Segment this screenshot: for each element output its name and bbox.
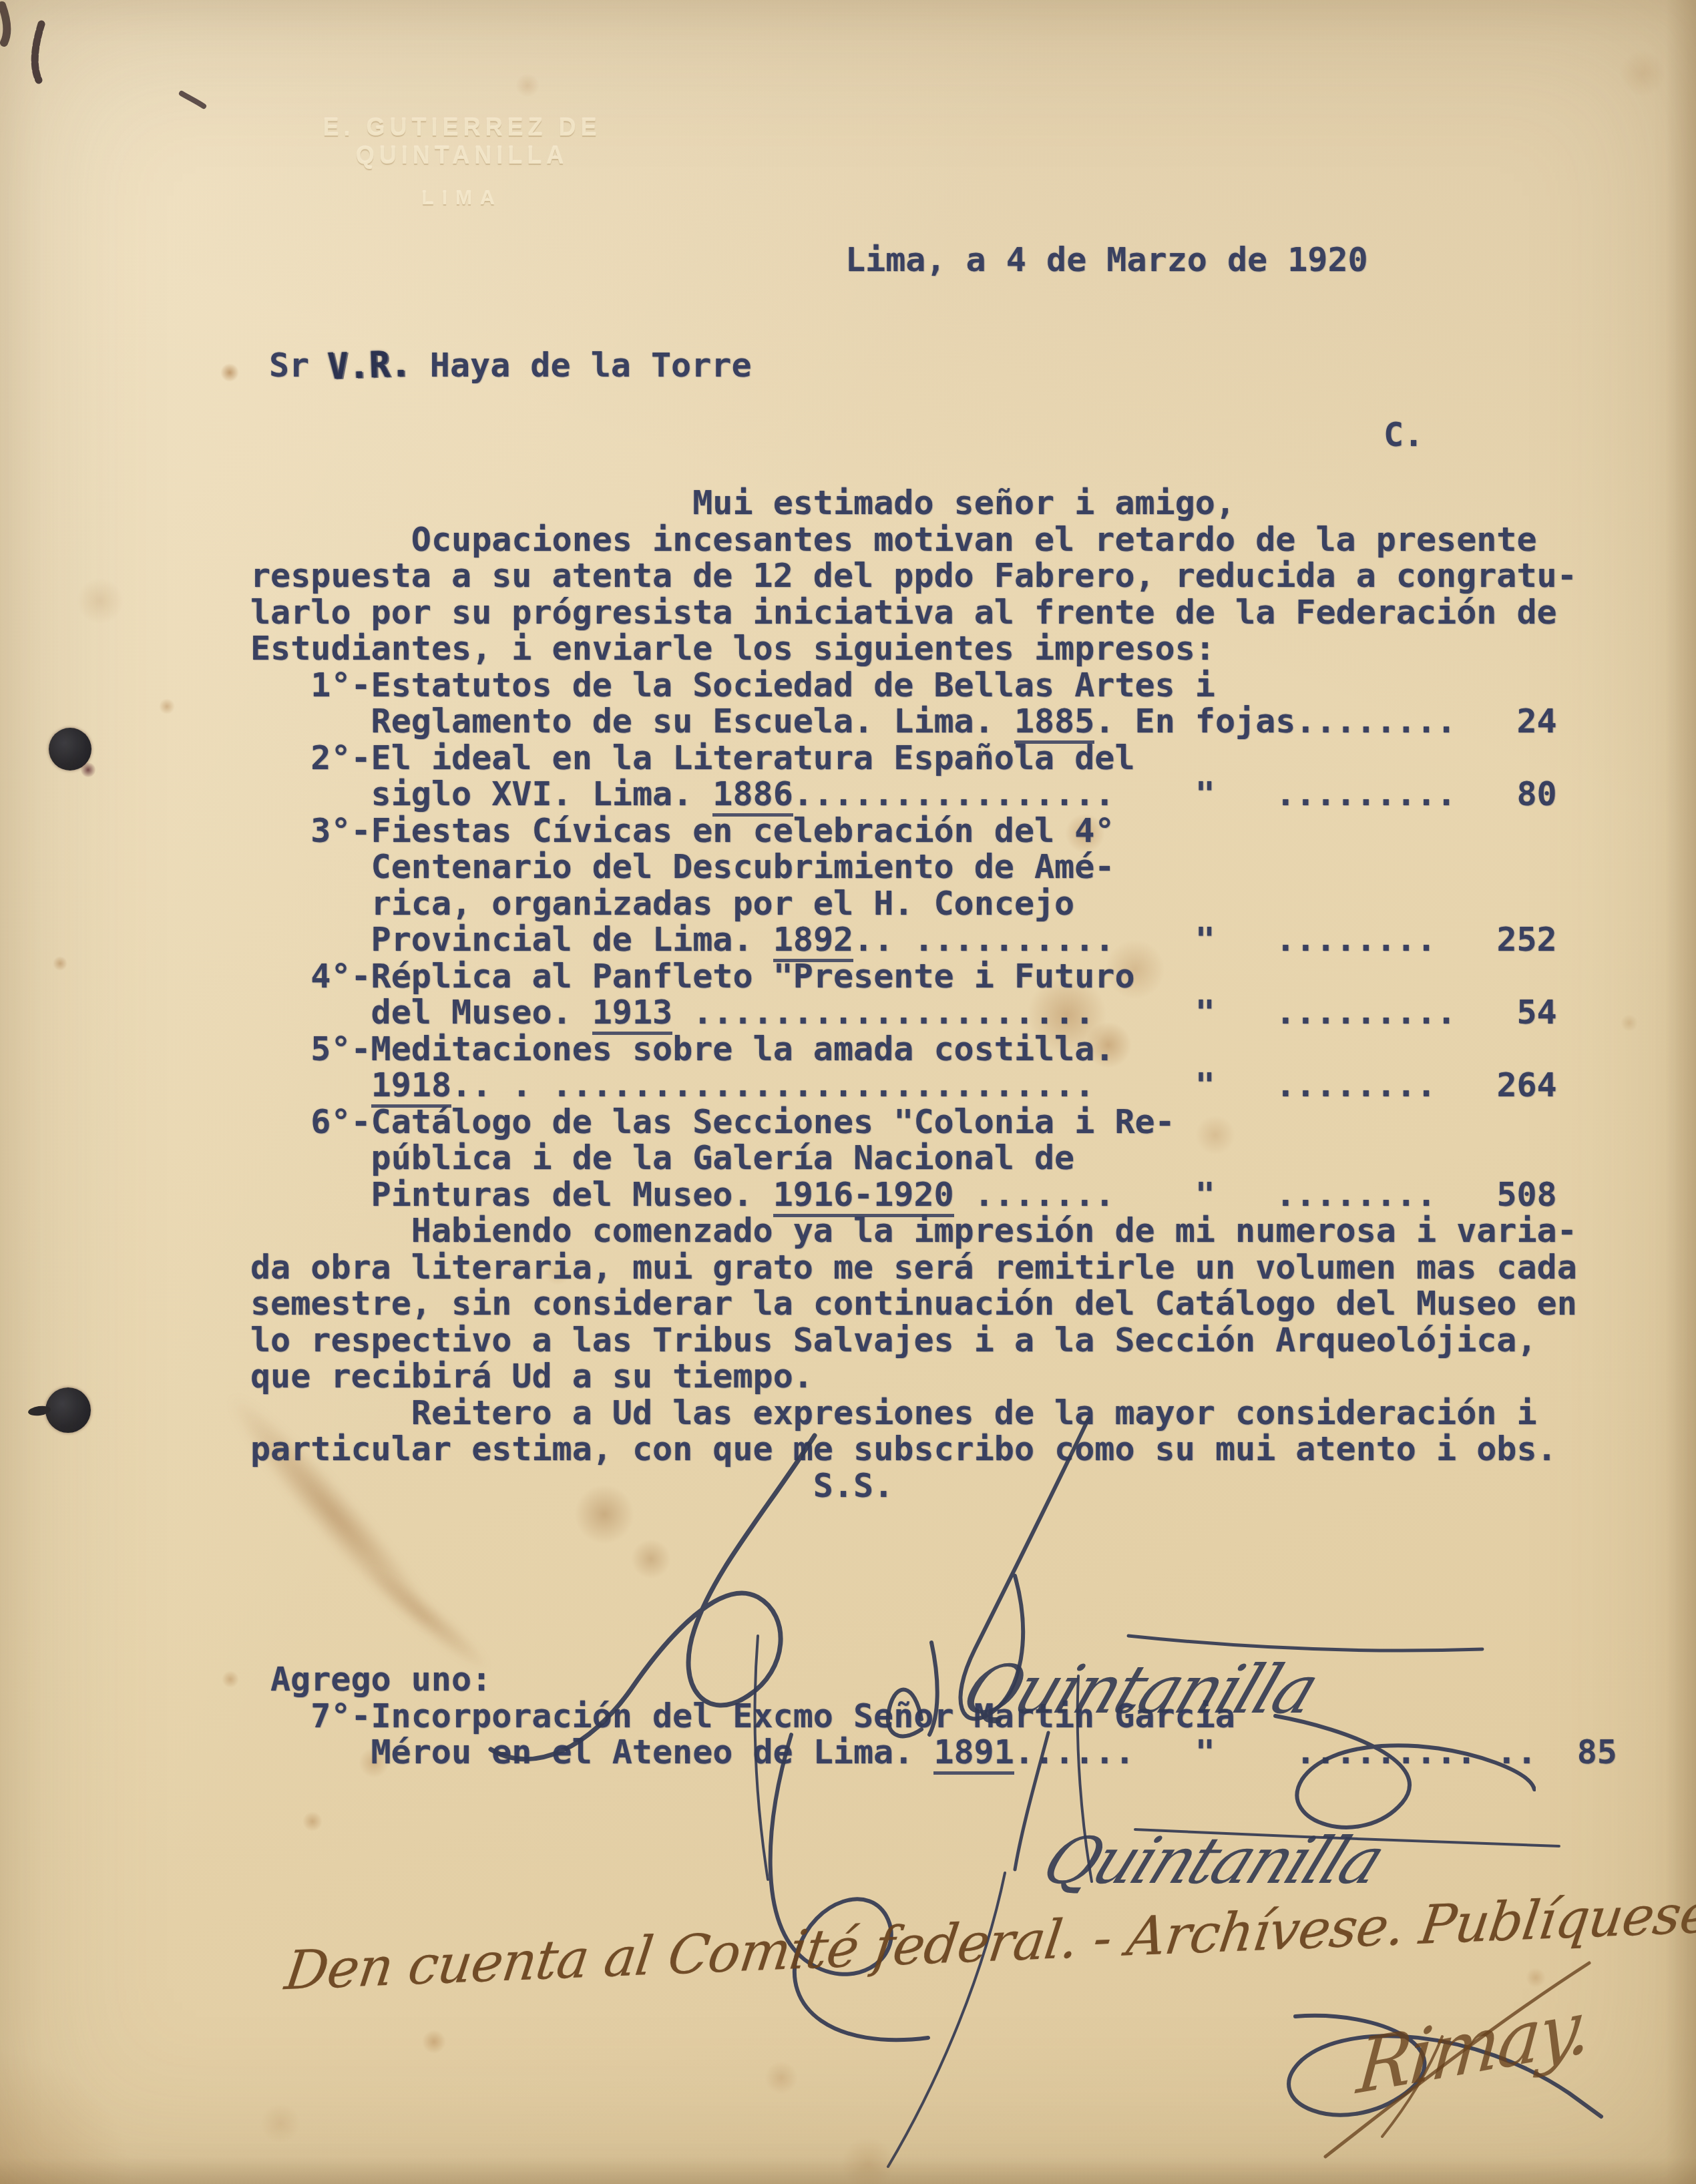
text-segment: siglo XVI. Lima. xyxy=(250,775,712,813)
annotation-signature: Rimay. xyxy=(1255,1936,1629,2184)
typed-line: larlo por su prógresista iniciativa al f… xyxy=(250,594,1577,631)
typed-line: 5°-Meditaciones sobre la amada costilla. xyxy=(250,1031,1577,1068)
typed-line: particular estima, con que me subscribo … xyxy=(250,1431,1577,1468)
typed-line: Agrego uno: xyxy=(270,1661,1617,1698)
addressee-line: Sr V.R. Haya de la Torre xyxy=(269,347,751,384)
secondary-signature-name: Quintanilla xyxy=(1032,1823,1394,1898)
text-segment: Reitero a Ud las expresiones de la mayor… xyxy=(250,1393,1537,1432)
addressee-name: Haya de la Torre xyxy=(410,346,752,385)
letter-page: E. GUTIERREZ DE QUINTANILLA LIMA Lima, a… xyxy=(0,0,1696,2184)
text-segment: Estudiantes, i enviarle los siguientes i… xyxy=(250,629,1215,668)
text-segment: larlo por su prógresista iniciativa al f… xyxy=(250,593,1557,632)
text-segment: 1°-Estatutos de la Sociedad de Bellas Ar… xyxy=(250,666,1215,704)
text-segment: Agrego uno: xyxy=(270,1660,491,1699)
paper-edge-right xyxy=(1665,0,1696,2184)
text-segment: lo respectivo a las Tribus Salvajes i a … xyxy=(250,1321,1537,1359)
typed-line: que recibirá Ud a su tiempo. xyxy=(250,1358,1577,1395)
text-segment: . En fojas........ 24 xyxy=(1094,702,1556,740)
typed-line: 6°-Catálogo de las Secciones "Colonia i … xyxy=(250,1104,1577,1140)
typed-line: Centenario del Descubrimiento de Amé- xyxy=(250,849,1577,885)
text-segment: Mérou en el Ateneo de Lima. xyxy=(270,1733,933,1771)
text-segment: Ocupaciones incesantes motivan el retard… xyxy=(250,520,1537,559)
text-segment: S.S. xyxy=(250,1466,893,1505)
text-segment: semestre, sin considerar la continuación… xyxy=(250,1284,1577,1323)
text-segment: del Museo. xyxy=(250,993,592,1032)
typed-line: Ocupaciones incesantes motivan el retard… xyxy=(250,521,1577,558)
ink-blot-upper xyxy=(49,728,91,771)
paper-edge-bottom xyxy=(0,2157,1696,2184)
text-segment: 4°-Réplica al Panfleto "Presente i Futur… xyxy=(250,957,1135,996)
addressee-initials-overstruck: V.R. xyxy=(327,345,412,387)
text-segment: Mui estimado señor i amigo, xyxy=(250,483,1235,522)
underlined-year: 1891 xyxy=(933,1733,1014,1775)
typed-line: 4°-Réplica al Panfleto "Presente i Futur… xyxy=(250,958,1577,995)
annotation-signature-name: Rimay. xyxy=(1353,1982,1593,2111)
typed-line: del Museo. 1913 .................... " .… xyxy=(250,994,1577,1031)
typed-line: rica, organizadas por el H. Concejo xyxy=(250,885,1577,922)
typed-line: Reitero a Ud las expresiones de la mayor… xyxy=(250,1395,1577,1432)
text-segment: particular estima, con que me subscribo … xyxy=(250,1430,1557,1468)
text-segment: 2°-El ideal en la Literatura Española de… xyxy=(250,738,1135,777)
typed-line: 1°-Estatutos de la Sociedad de Bellas Ar… xyxy=(250,667,1577,704)
typed-line: S.S. xyxy=(250,1468,1577,1504)
typed-line: da obra literaria, mui grato me será rem… xyxy=(250,1249,1577,1286)
text-segment: respuesta a su atenta de 12 del ppdo Fab… xyxy=(250,556,1577,595)
typed-line: 7°-Incorporación del Excmo Señor Martin … xyxy=(270,1698,1617,1735)
ink-blot-lower xyxy=(45,1387,91,1433)
reference-mark: C. xyxy=(1384,417,1424,453)
text-segment: Provincial de Lima. xyxy=(250,920,773,959)
text-segment: pública i de la Galería Nacional de xyxy=(250,1138,1074,1177)
text-segment: ....... " ........ 508 xyxy=(954,1175,1557,1214)
typed-line: semestre, sin considerar la continuación… xyxy=(250,1285,1577,1322)
typed-line: 1918.. . ........................... " .… xyxy=(250,1067,1577,1104)
typed-line: Habiendo comenzado ya la impresión de mi… xyxy=(250,1213,1577,1249)
letterhead: E. GUTIERREZ DE QUINTANILLA LIMA xyxy=(235,114,689,210)
text-segment: 5°-Meditaciones sobre la amada costilla. xyxy=(250,1030,1114,1068)
text-segment: Centenario del Descubrimiento de Amé- xyxy=(250,847,1114,886)
typed-line: siglo XVI. Lima. 1886................ " … xyxy=(250,776,1577,813)
text-segment: que recibirá Ud a su tiempo. xyxy=(250,1357,813,1395)
text-segment: .. . ........................... " .....… xyxy=(451,1066,1557,1104)
text-segment: 6°-Catálogo de las Secciones "Colonia i … xyxy=(250,1102,1175,1141)
typed-line: Mui estimado señor i amigo, xyxy=(250,485,1577,521)
text-segment xyxy=(250,1066,371,1104)
text-segment: rica, organizadas por el H. Concejo xyxy=(250,884,1074,923)
typed-line: Pinturas del Museo. 1916-1920 ....... " … xyxy=(250,1176,1577,1213)
typed-line: Estudiantes, i enviarle los siguientes i… xyxy=(250,630,1577,667)
text-segment: ...... " ......... .. 85 xyxy=(1014,1733,1617,1771)
typed-line: 3°-Fiestas Cívicas en celebración del 4° xyxy=(250,813,1577,849)
letterhead-city: LIMA xyxy=(235,187,689,210)
text-segment: Reglamento de su Escuela. Lima. xyxy=(250,702,1014,740)
typed-line: 2°-El ideal en la Literatura Española de… xyxy=(250,740,1577,777)
date-line: Lima, a 4 de Marzo de 1920 xyxy=(845,242,1368,278)
typed-line: pública i de la Galería Nacional de xyxy=(250,1140,1577,1176)
text-segment: .................... " ......... 54 xyxy=(672,993,1557,1032)
text-segment: 3°-Fiestas Cívicas en celebración del 4° xyxy=(250,811,1114,850)
typed-line: Provincial de Lima. 1892.. .......... " … xyxy=(250,921,1577,958)
typed-line: respuesta a su atenta de 12 del ppdo Fab… xyxy=(250,558,1577,594)
letter-body: Mui estimado señor i amigo, Ocupaciones … xyxy=(250,485,1577,1504)
addressee-prefix: Sr xyxy=(269,346,329,385)
letterhead-name: E. GUTIERREZ DE QUINTANILLA xyxy=(235,114,689,170)
text-segment: ................ " ......... 80 xyxy=(793,775,1557,813)
typed-line: lo respectivo a las Tribus Salvajes i a … xyxy=(250,1322,1577,1359)
typed-line: Mérou en el Ateneo de Lima. 1891...... "… xyxy=(270,1734,1617,1771)
text-segment: 7°-Incorporación del Excmo Señor Martin … xyxy=(270,1697,1235,1735)
agrego-block: Agrego uno: 7°-Incorporación del Excmo S… xyxy=(270,1661,1617,1771)
handwritten-annotation: Den cuenta al Comité federal. - Archíves… xyxy=(282,1882,1696,2002)
text-segment: Pinturas del Museo. xyxy=(250,1175,773,1214)
typed-line: Reglamento de su Escuela. Lima. 1885. En… xyxy=(250,703,1577,740)
text-segment: da obra literaria, mui grato me será rem… xyxy=(250,1248,1577,1287)
text-segment: .. .......... " ........ 252 xyxy=(853,920,1557,959)
text-segment: Habiendo comenzado ya la impresión de mi… xyxy=(250,1211,1577,1250)
